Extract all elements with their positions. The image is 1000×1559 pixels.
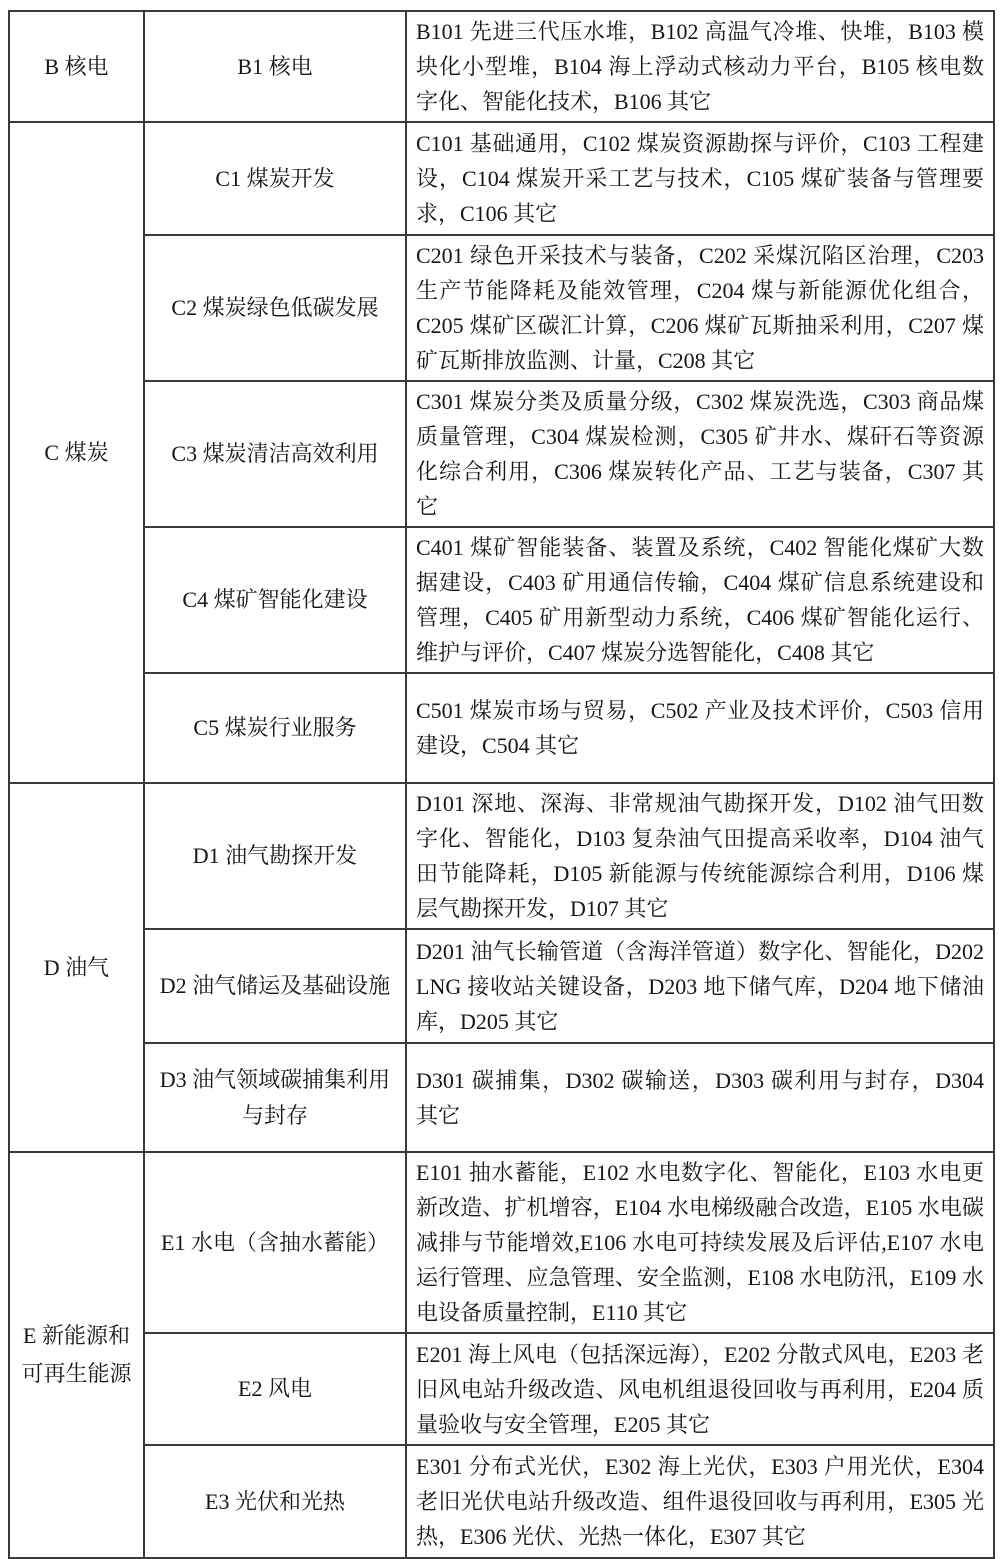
detail-cell-d1: D101 深地、深海、非常规油气勘探开发，D102 油气田数字化、智能化，D10… [406, 783, 994, 929]
table-row: C4 煤矿智能化建设 C401 煤矿智能装备、装置及系统，C402 智能化煤矿大… [9, 527, 994, 673]
table-row: E2 风电 E201 海上风电（包括深远海），E202 分散式风电，E203 老… [9, 1333, 994, 1445]
table-row: E3 光伏和光热 E301 分布式光伏，E302 海上光伏，E303 户用光伏，… [9, 1445, 994, 1558]
subcategory-cell-e2: E2 风电 [144, 1333, 406, 1445]
table-row: D 油气 D1 油气勘探开发 D101 深地、深海、非常规油气勘探开发，D102… [9, 783, 994, 929]
category-cell-e: E 新能源和可再生能源 [9, 1152, 144, 1558]
table-row: E 新能源和可再生能源 E1 水电（含抽水蓄能） E101 抽水蓄能，E102 … [9, 1152, 994, 1333]
category-cell-b: B 核电 [9, 11, 144, 122]
detail-cell-b1: B101 先进三代压水堆，B102 高温气冷堆、快堆，B103 模块化小型堆，B… [406, 11, 994, 122]
category-cell-d: D 油气 [9, 783, 144, 1152]
detail-cell-e1: E101 抽水蓄能，E102 水电数字化、智能化，E103 水电更新改造、扩机增… [406, 1152, 994, 1333]
detail-cell-d2: D201 油气长输管道（含海洋管道）数字化、智能化，D202 LNG 接收站关键… [406, 929, 994, 1043]
classification-table: B 核电 B1 核电 B101 先进三代压水堆，B102 高温气冷堆、快堆，B1… [8, 10, 995, 1559]
subcategory-cell-c4: C4 煤矿智能化建设 [144, 527, 406, 673]
subcategory-cell-e3: E3 光伏和光热 [144, 1445, 406, 1558]
detail-cell-e3: E301 分布式光伏，E302 海上光伏，E303 户用光伏，E304 老旧光伏… [406, 1445, 994, 1558]
subcategory-cell-d3: D3 油气领域碳捕集利用与封存 [144, 1043, 406, 1152]
detail-cell-c3: C301 煤炭分类及质量分级，C302 煤炭洗选，C303 商品煤质量管理，C3… [406, 381, 994, 527]
table-row: C2 煤炭绿色低碳发展 C201 绿色开采技术与装备，C202 采煤沉陷区治理，… [9, 235, 994, 381]
subcategory-cell-b1: B1 核电 [144, 11, 406, 122]
table-row: C5 煤炭行业服务 C501 煤炭市场与贸易，C502 产业及技术评价，C503… [9, 673, 994, 783]
table-row: D3 油气领域碳捕集利用与封存 D301 碳捕集，D302 碳输送，D303 碳… [9, 1043, 994, 1152]
detail-cell-d3: D301 碳捕集，D302 碳输送，D303 碳利用与封存，D304 其它 [406, 1043, 994, 1152]
detail-cell-e2: E201 海上风电（包括深远海），E202 分散式风电，E203 老旧风电站升级… [406, 1333, 994, 1445]
detail-cell-c5: C501 煤炭市场与贸易，C502 产业及技术评价，C503 信用建设，C504… [406, 673, 994, 783]
detail-cell-c1: C101 基础通用，C102 煤炭资源勘探与评价，C103 工程建设，C104 … [406, 122, 994, 235]
subcategory-cell-e1: E1 水电（含抽水蓄能） [144, 1152, 406, 1333]
subcategory-cell-c3: C3 煤炭清洁高效利用 [144, 381, 406, 527]
detail-cell-c4: C401 煤矿智能装备、装置及系统，C402 智能化煤矿大数据建设，C403 矿… [406, 527, 994, 673]
subcategory-cell-c5: C5 煤炭行业服务 [144, 673, 406, 783]
table-row: C 煤炭 C1 煤炭开发 C101 基础通用，C102 煤炭资源勘探与评价，C1… [9, 122, 994, 235]
subcategory-cell-c2: C2 煤炭绿色低碳发展 [144, 235, 406, 381]
table-row: B 核电 B1 核电 B101 先进三代压水堆，B102 高温气冷堆、快堆，B1… [9, 11, 994, 122]
subcategory-cell-c1: C1 煤炭开发 [144, 122, 406, 235]
table-row: D2 油气储运及基础设施 D201 油气长输管道（含海洋管道）数字化、智能化，D… [9, 929, 994, 1043]
document-page: B 核电 B1 核电 B101 先进三代压水堆，B102 高温气冷堆、快堆，B1… [0, 0, 1000, 1532]
subcategory-cell-d2: D2 油气储运及基础设施 [144, 929, 406, 1043]
detail-cell-c2: C201 绿色开采技术与装备，C202 采煤沉陷区治理，C203 生产节能降耗及… [406, 235, 994, 381]
subcategory-cell-d1: D1 油气勘探开发 [144, 783, 406, 929]
category-cell-c: C 煤炭 [9, 122, 144, 783]
table-row: C3 煤炭清洁高效利用 C301 煤炭分类及质量分级，C302 煤炭洗选，C30… [9, 381, 994, 527]
